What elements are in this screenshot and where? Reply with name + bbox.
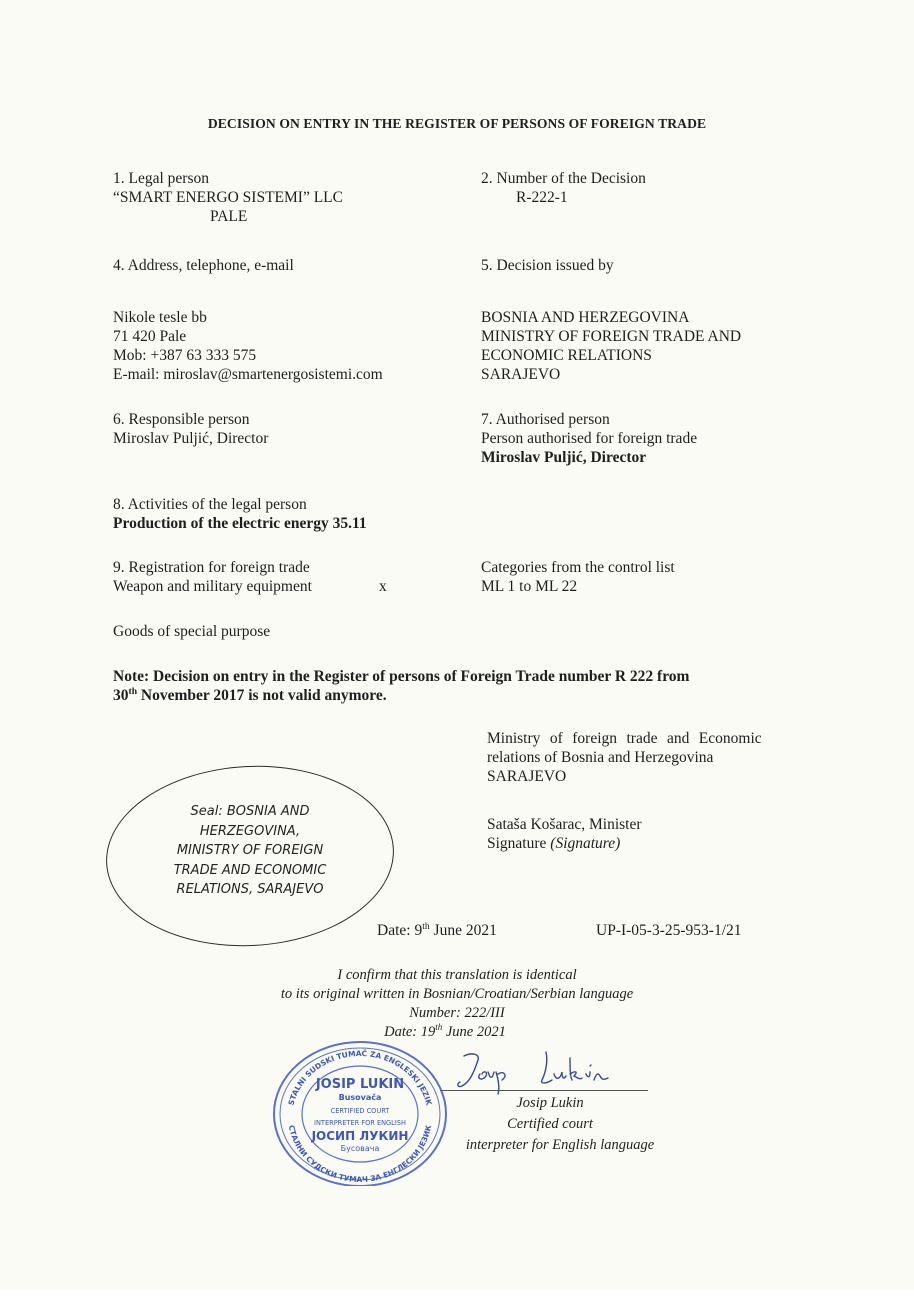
section-authorised-person: 7. Authorised person Person authorised f… bbox=[481, 410, 697, 467]
note-day: 30 bbox=[113, 687, 129, 704]
validity-note: Note: Decision on entry in the Register … bbox=[113, 667, 689, 705]
certification-line1: I confirm that this translation is ident… bbox=[0, 966, 914, 985]
certification-line2: to its original written in Bosnian/Croat… bbox=[0, 985, 914, 1004]
ministry-line3: SARAJEVO bbox=[487, 767, 762, 786]
stamp-city-cyrillic: Бусовача bbox=[341, 1144, 380, 1153]
seal-line: TRADE AND ECONOMIC bbox=[140, 861, 360, 881]
stamp-name-latin: JOSIP LUKIN bbox=[315, 1077, 404, 1092]
legal-person-label: 1. Legal person bbox=[113, 169, 343, 188]
address-label: 4. Address, telephone, e-mail bbox=[113, 256, 294, 275]
section-activities: 8. Activities of the legal person Produc… bbox=[113, 495, 367, 533]
translator-title2: interpreter for English language bbox=[103, 1136, 914, 1155]
signature-label: Signature bbox=[487, 835, 550, 852]
registration-label: 9. Registration for foreign trade bbox=[113, 558, 312, 577]
stamp-role2: INTERPRETER FOR ENGLISH bbox=[314, 1119, 406, 1127]
authorised-person-value: Miroslav Puljić, Director bbox=[481, 448, 697, 467]
decision-number-label: 2. Number of the Decision bbox=[481, 169, 646, 188]
address-phone: Mob: +387 63 333 575 bbox=[113, 346, 383, 365]
section-responsible-person: 6. Responsible person Miroslav Puljić, D… bbox=[113, 410, 268, 448]
issuer-ministry-line1: MINISTRY OF FOREIGN TRADE AND bbox=[481, 327, 741, 346]
decision-number-value: R-222-1 bbox=[481, 188, 646, 207]
section-control-list: Categories from the control list ML 1 to… bbox=[481, 558, 675, 596]
seal-line: Seal: BOSNIA AND bbox=[140, 802, 360, 822]
goods-special-purpose: Goods of special purpose bbox=[113, 622, 270, 641]
seal-line: MINISTRY OF FOREIGN bbox=[140, 841, 360, 861]
registration-mark: x bbox=[379, 577, 387, 596]
section-registration: 9. Registration for foreign trade Weapon… bbox=[113, 558, 312, 596]
activities-value: Production of the electric energy 35.11 bbox=[113, 514, 367, 533]
ministry-line1: Ministry of foreign trade and Economic bbox=[487, 729, 762, 748]
activities-label: 8. Activities of the legal person bbox=[113, 495, 367, 514]
decision-reference: UP-I-05-3-25-953-1/21 bbox=[596, 921, 742, 940]
decision-date: Date: 9th June 2021 bbox=[377, 921, 497, 940]
stamp-city-latin: Busovača bbox=[339, 1092, 382, 1102]
page-bottom-margin bbox=[0, 1290, 914, 1306]
document-title: DECISION ON ENTRY IN THE REGISTER OF PER… bbox=[0, 116, 914, 132]
note-rest: November 2017 is not valid anymore. bbox=[137, 687, 387, 704]
certification-number: Number: 222/III bbox=[0, 1004, 914, 1023]
seal-line: HERZEGOVINA, bbox=[140, 822, 360, 842]
issuer-city: SARAJEVO bbox=[481, 365, 741, 384]
seal-line: RELATIONS, SARAJEVO bbox=[140, 880, 360, 900]
seal-text: Seal: BOSNIA AND HERZEGOVINA, MINISTRY O… bbox=[140, 802, 360, 900]
authorised-person-label: 7. Authorised person bbox=[481, 410, 697, 429]
minister-signature: Signature (Signature) bbox=[487, 834, 642, 853]
interpreter-stamp: STALNI SUDSKI TUMAČ ZA ENGLESKI JEZIK СТ… bbox=[270, 1036, 450, 1186]
address-street: Nikole tesle bb bbox=[113, 308, 383, 327]
stamp-role1: CERTIFIED COURT bbox=[331, 1107, 391, 1115]
responsible-person-value: Miroslav Puljić, Director bbox=[113, 429, 268, 448]
control-list-value: ML 1 to ML 22 bbox=[481, 577, 675, 596]
address-block: Nikole tesle bb 71 420 Pale Mob: +387 63… bbox=[113, 308, 383, 384]
section-legal-person: 1. Legal person “SMART ENERGO SISTEMI” L… bbox=[113, 169, 343, 226]
translator-name: Josip Lukin bbox=[93, 1094, 914, 1113]
issuer-ministry-line2: ECONOMIC RELATIONS bbox=[481, 346, 741, 365]
issuer-block: BOSNIA AND HERZEGOVINA MINISTRY OF FOREI… bbox=[481, 308, 741, 384]
date-rest: June 2021 bbox=[430, 922, 497, 939]
minister-block: Sataša Košarac, Minister Signature (Sign… bbox=[487, 815, 642, 853]
handwritten-signature bbox=[450, 1048, 650, 1098]
issuer-country: BOSNIA AND HERZEGOVINA bbox=[481, 308, 741, 327]
legal-person-city: PALE bbox=[113, 207, 343, 226]
responsible-person-label: 6. Responsible person bbox=[113, 410, 268, 429]
signature-note: (Signature) bbox=[550, 835, 620, 852]
authorised-person-subtitle: Person authorised for foreign trade bbox=[481, 429, 697, 448]
stamp-name-cyrillic: ЈОСИП ЛУКИН bbox=[311, 1129, 409, 1143]
date-suffix: th bbox=[422, 921, 429, 932]
cert-date-rest: June 2021 bbox=[442, 1024, 506, 1040]
date-prefix: Date: 9 bbox=[377, 922, 422, 939]
note-line2: 30th November 2017 is not valid anymore. bbox=[113, 686, 689, 705]
ministry-line2: relations of Bosnia and Herzegovina bbox=[487, 748, 762, 767]
control-list-label: Categories from the control list bbox=[481, 558, 675, 577]
issuer-label: 5. Decision issued by bbox=[481, 256, 614, 275]
note-day-suffix: th bbox=[129, 686, 138, 697]
address-email: E-mail: miroslav@smartenergosistemi.com bbox=[113, 365, 383, 384]
registration-item: Weapon and military equipment bbox=[113, 577, 312, 596]
minister-name: Sataša Košarac, Minister bbox=[487, 815, 642, 834]
section-decision-number: 2. Number of the Decision R-222-1 bbox=[481, 169, 646, 207]
legal-person-name: “SMART ENERGO SISTEMI” LLC bbox=[113, 188, 343, 207]
address-city: 71 420 Pale bbox=[113, 327, 383, 346]
ministry-block: Ministry of foreign trade and Economic r… bbox=[487, 729, 762, 786]
certification-date: Date: 19th June 2021 bbox=[0, 1023, 902, 1042]
note-line1: Note: Decision on entry in the Register … bbox=[113, 667, 689, 686]
translator-title1: Certified court bbox=[93, 1115, 914, 1134]
